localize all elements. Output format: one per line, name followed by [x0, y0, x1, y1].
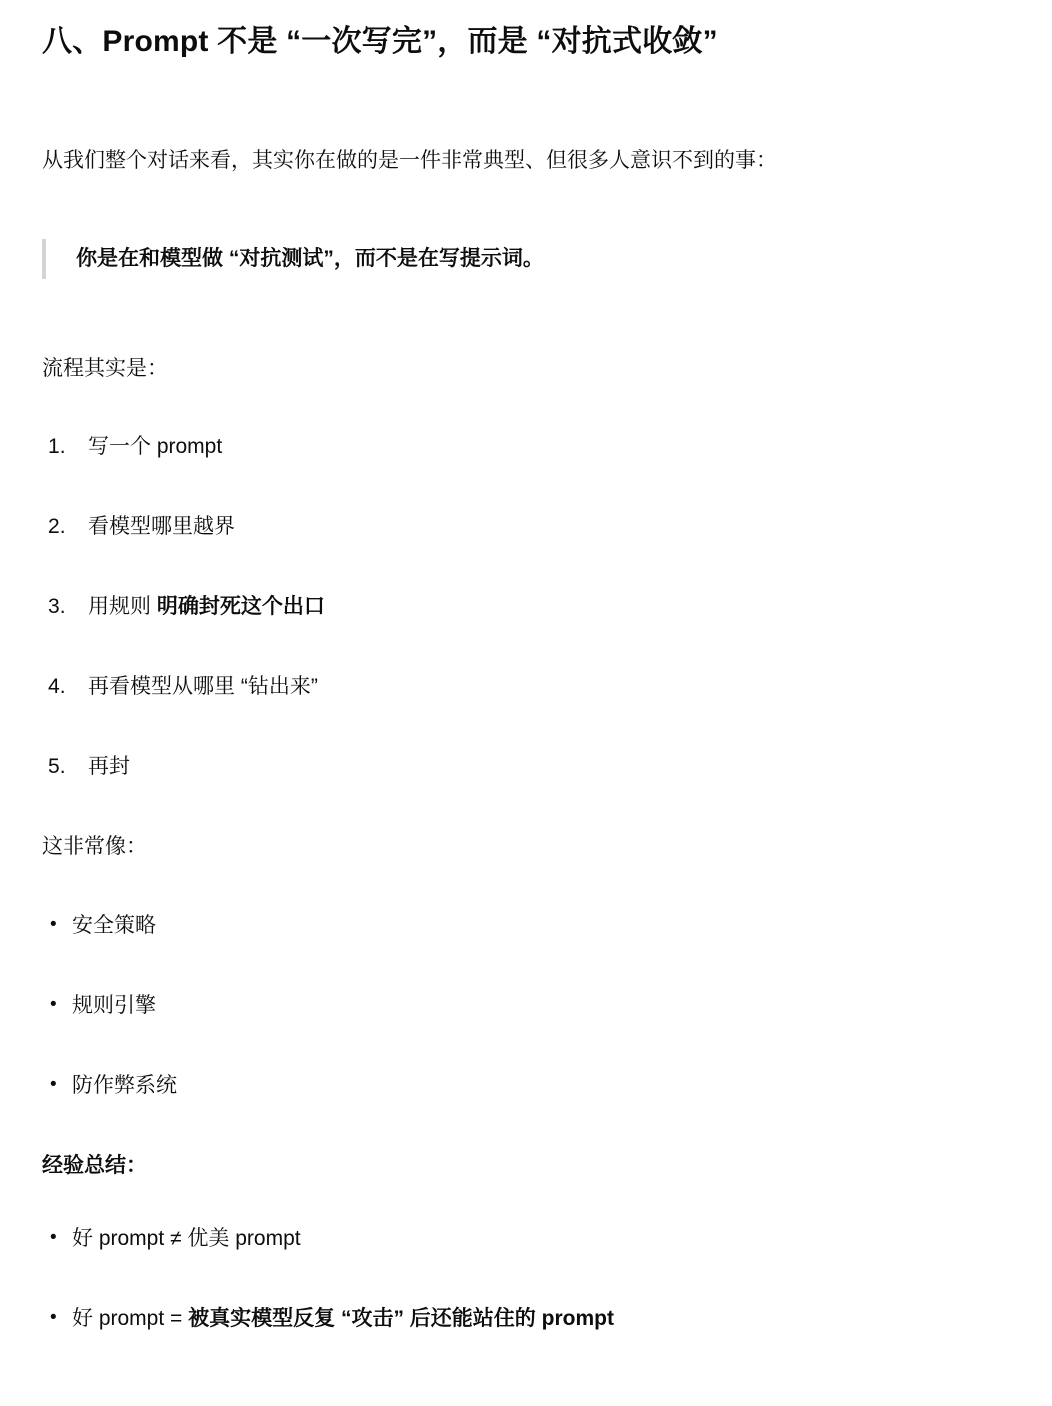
list-item: 写一个 prompt: [42, 433, 1010, 461]
summary-bullet-list: 好 prompt ≠ 优美 prompt 好 prompt = 被真实模型反复 …: [42, 1225, 1010, 1333]
list-item: 好 prompt = 被真实模型反复 “攻击” 后还能站住的 prompt: [42, 1305, 1010, 1333]
list-item: 安全策略: [42, 912, 1010, 940]
list-item-text: 规则引擎: [72, 994, 156, 1017]
list-item: 防作弊系统: [42, 1072, 1010, 1100]
blockquote-text: 你是在和模型做 “对抗测试”，而不是在写提示词。: [76, 245, 1010, 273]
list-item: 规则引擎: [42, 992, 1010, 1020]
list-item-text: 好 prompt =: [72, 1307, 188, 1330]
list-item: 再封: [42, 753, 1010, 781]
page-title: 八、Prompt 不是 “一次写完”，而是 “对抗式收敛”: [42, 25, 1010, 59]
summary-label: 经验总结：: [42, 1152, 1010, 1180]
list-item-text: 用规则: [88, 595, 157, 618]
process-label: 流程其实是：: [42, 355, 1010, 383]
list-item-text: 再看模型从哪里 “钻出来”: [88, 675, 318, 698]
list-item-bold-text: 明确封死这个出口: [157, 595, 325, 618]
analogy-bullet-list: 安全策略 规则引擎 防作弊系统: [42, 912, 1010, 1100]
intro-paragraph: 从我们整个对话来看，其实你在做的是一件非常典型、但很多人意识不到的事：: [42, 147, 1010, 175]
list-item: 用规则 明确封死这个出口: [42, 593, 1010, 621]
list-item-text: 好 prompt ≠ 优美 prompt: [72, 1227, 301, 1250]
list-item-text: 防作弊系统: [72, 1074, 177, 1097]
list-item-text: 写一个 prompt: [88, 435, 222, 458]
process-ordered-list: 写一个 prompt 看模型哪里越界 用规则 明确封死这个出口 再看模型从哪里 …: [42, 433, 1010, 781]
list-item-text: 再封: [88, 755, 130, 778]
list-item: 再看模型从哪里 “钻出来”: [42, 673, 1010, 701]
list-item: 好 prompt ≠ 优美 prompt: [42, 1225, 1010, 1253]
list-item-text: 安全策略: [72, 914, 156, 937]
list-item-text: 看模型哪里越界: [88, 515, 235, 538]
blockquote: 你是在和模型做 “对抗测试”，而不是在写提示词。: [42, 239, 1010, 279]
list-item: 看模型哪里越界: [42, 513, 1010, 541]
list-item-bold-text: 被真实模型反复 “攻击” 后还能站住的 prompt: [188, 1307, 614, 1330]
analogy-label: 这非常像：: [42, 833, 1010, 861]
